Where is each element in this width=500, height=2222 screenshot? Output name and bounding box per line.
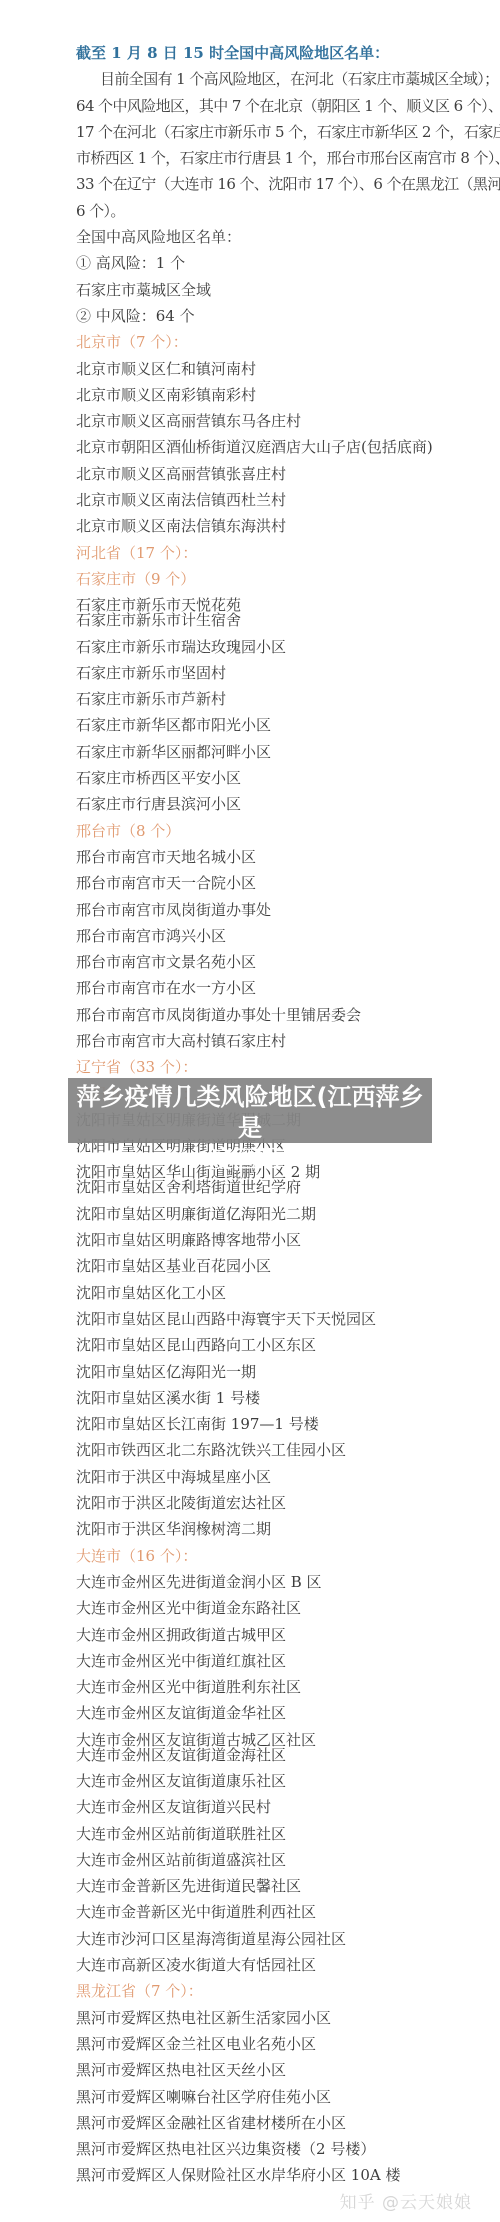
risk-area-item: 大连市金普新区光中街道胜利西社区 — [76, 1905, 500, 1920]
risk-area-item: 黑河市爱辉区人保财险社区水岸华府小区 10A 楼 — [76, 2168, 500, 2183]
risk-area-item: 大连市金州区光中街道胜利东社区 — [76, 1680, 500, 1695]
risk-area-item: 大连市金州区站前街道联胜社区 — [76, 1827, 500, 1842]
risk-area-item: 北京市顺义区高丽营镇东马各庄村 — [76, 414, 500, 429]
risk-area-item: 石家庄市藁城区全域 — [76, 283, 500, 298]
article-title-line2: 疫区吗) — [68, 1144, 432, 1175]
risk-area-item: 沈阳市皇姑区舍利塔街道世纪学府 — [76, 1180, 500, 1195]
zhihu-watermark: 知乎 @云天娘娘 — [340, 2188, 472, 2213]
risk-area-item: 沈阳市皇姑区明廉路博客地带小区 — [76, 1233, 500, 1248]
risk-area-item: 大连市金州区拥政街道古城甲区 — [76, 1628, 500, 1643]
risk-area-item: 北京市顺义区南彩镇南彩村 — [76, 388, 500, 403]
risk-area-item: 沈阳市于洪区中海城星座小区 — [76, 1470, 500, 1485]
risk-area-item: 黑河市爱辉区金兰社区电业名苑小区 — [76, 2037, 500, 2052]
risk-area-item: 大连市金州区友谊街道兴民村 — [76, 1800, 500, 1815]
intro-paragraph-line: 17 个在河北（石家庄市新乐市 5 个，石家庄市新华区 2 个，石家庄 — [76, 125, 500, 140]
risk-area-item: 邢台市南宫市凤岗街道办事处 — [76, 903, 500, 918]
risk-area-item: ① 高风险：1 个 — [76, 256, 500, 271]
section-heading: 黑龙江省（7 个）： — [76, 1984, 500, 1999]
section-heading: 大连市（16 个）： — [76, 1549, 500, 1564]
intro-paragraph-line: 64 个中风险地区，其中 7 个在北京（朝阳区 1 个、顺义区 6 个）、 — [76, 99, 500, 114]
risk-area-item: 邢台市南宫市文景名苑小区 — [76, 955, 500, 970]
risk-area-item: 北京市朝阳区酒仙桥街道汉庭酒店大山子店(包括底商) — [76, 440, 500, 455]
risk-area-item: 邢台市南宫市大高村镇石家庄村 — [76, 1034, 500, 1049]
risk-area-item: 大连市金州区友谊街道金华社区 — [76, 1706, 500, 1721]
risk-area-item: 大连市金州区光中街道红旗社区 — [76, 1654, 500, 1669]
list-title-heading: 截至 1 月 8 日 15 时全国中高风险地区名单： — [76, 46, 500, 61]
risk-area-item: 沈阳市皇姑区溪水街 1 号楼 — [76, 1391, 500, 1406]
section-heading: 河北省（17 个）： — [76, 546, 500, 561]
risk-area-item: 大连市金州区友谊街道康乐社区 — [76, 1774, 500, 1789]
risk-area-item: 北京市顺义区南法信镇西杜兰村 — [76, 493, 500, 508]
risk-area-item: 黑河市爱辉区热电社区新生活家园小区 — [76, 2011, 500, 2026]
risk-area-item: 石家庄市新华区都市阳光小区 — [76, 718, 500, 733]
risk-area-item: 沈阳市于洪区华润橡树湾二期 — [76, 1522, 500, 1537]
risk-area-item: 石家庄市新华区丽都河畔小区 — [76, 745, 500, 760]
article-title-overlay: 萍乡疫情几类风险地区(江西萍乡是 疫区吗) — [68, 1078, 432, 1143]
risk-area-item: 大连市沙河口区星海湾街道星海公园社区 — [76, 1932, 500, 1947]
risk-area-item: 沈阳市皇姑区昆山西路中海寰宇天下天悦园区 — [76, 1312, 500, 1327]
risk-area-item: 北京市顺义区南法信镇东海洪村 — [76, 519, 500, 534]
risk-area-item: 全国中高风险地区名单： — [76, 230, 500, 245]
risk-area-item: 石家庄市新乐市计生宿舍 — [76, 613, 500, 628]
risk-area-item: 石家庄市新乐市瑞达玫瑰园小区 — [76, 640, 500, 655]
risk-area-item: 邢台市南宫市在水一方小区 — [76, 981, 500, 996]
risk-area-item: 邢台市南宫市天一合院小区 — [76, 876, 500, 891]
section-heading: 石家庄市（9 个） — [76, 572, 500, 587]
section-heading: 邢台市（8 个） — [76, 824, 500, 839]
risk-area-item: 沈阳市皇姑区化工小区 — [76, 1286, 500, 1301]
article-page: 截至 1 月 8 日 15 时全国中高风险地区名单：目前全国有 1 个高风险地区… — [0, 0, 500, 2222]
risk-area-item: 北京市顺义区高丽营镇张喜庄村 — [76, 467, 500, 482]
risk-area-item: 黑河市爱辉区热电社区天丝小区 — [76, 2063, 500, 2078]
risk-area-item: 石家庄市新乐市坚固村 — [76, 666, 500, 681]
section-heading: 北京市（7 个）： — [76, 335, 500, 350]
intro-paragraph-line: 6 个）。 — [76, 204, 500, 219]
risk-area-item: 北京市顺义区仁和镇河南村 — [76, 362, 500, 377]
risk-area-item: 大连市金州区友谊街道金海社区 — [76, 1748, 500, 1763]
risk-area-item: 大连市金州区先进街道金润小区 B 区 — [76, 1575, 500, 1590]
risk-area-item: 石家庄市行唐县滨河小区 — [76, 797, 500, 812]
article-title-line1: 萍乡疫情几类风险地区(江西萍乡是 — [68, 1082, 432, 1144]
risk-area-item: 大连市金普新区先进街道民馨社区 — [76, 1879, 500, 1894]
risk-area-item: 大连市金州区站前街道盛滨社区 — [76, 1853, 500, 1868]
risk-area-item: 沈阳市铁西区北二东路沈铁兴工佳园小区 — [76, 1443, 500, 1458]
risk-area-item: 沈阳市皇姑区昆山西路向工小区东区 — [76, 1338, 500, 1353]
risk-area-item: 石家庄市桥西区平安小区 — [76, 771, 500, 786]
risk-area-item: 大连市高新区凌水街道大有恬园社区 — [76, 1958, 500, 1973]
risk-area-item: 沈阳市于洪区北陵街道宏达社区 — [76, 1496, 500, 1511]
risk-area-item: 邢台市南宫市天地名城小区 — [76, 850, 500, 865]
section-heading: 辽宁省（33 个）： — [76, 1060, 500, 1075]
risk-area-item: 黑河市爱辉区喇嘛台社区学府佳苑小区 — [76, 2090, 500, 2105]
risk-area-item: 邢台市南宫市凤岗街道办事处十里铺居委会 — [76, 1008, 500, 1023]
risk-area-item: 沈阳市皇姑区基业百花园小区 — [76, 1259, 500, 1274]
intro-paragraph-line: 市桥西区 1 个，石家庄市行唐县 1 个，邢台市邢台区南宫市 8 个）、 — [76, 151, 500, 166]
risk-area-item: 沈阳市皇姑区明廉街道亿海阳光二期 — [76, 1207, 500, 1222]
risk-area-item: 石家庄市新乐市芦新村 — [76, 692, 500, 707]
risk-area-item: 黑河市爱辉区热电社区兴边集资楼（2 号楼） — [76, 2142, 500, 2157]
risk-area-item: ② 中风险：64 个 — [76, 309, 500, 324]
risk-area-item: 沈阳市皇姑区亿海阳光一期 — [76, 1365, 500, 1380]
intro-paragraph-line: 目前全国有 1 个高风险地区，在河北（石家庄市藁城区全域）； — [76, 72, 500, 87]
risk-area-item: 沈阳市皇姑区长江南街 197—1 号楼 — [76, 1417, 500, 1432]
intro-paragraph-line: 33 个在辽宁（大连市 16 个、沈阳市 17 个）、6 个在黑龙江（黑河市 — [76, 177, 500, 192]
risk-area-item: 大连市金州区光中街道金东路社区 — [76, 1601, 500, 1616]
risk-area-item: 邢台市南宫市鸿兴小区 — [76, 929, 500, 944]
risk-area-item: 黑河市爱辉区金融社区省建材楼所在小区 — [76, 2116, 500, 2131]
